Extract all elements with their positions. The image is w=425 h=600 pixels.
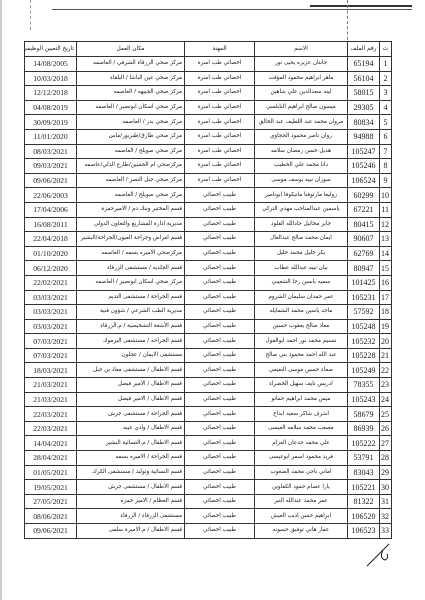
- file-number-cell: 106524: [348, 173, 380, 188]
- table-row: 20105232تسنيم محمد نور احمد ابوالفولطبيب…: [25, 334, 392, 349]
- job-title-cell: اخصائي طب اسرة: [185, 57, 255, 72]
- hire-date-cell: 16/08/2011: [25, 217, 77, 232]
- row-index-cell: 25: [380, 407, 392, 422]
- workplace-cell: مديرية الطب الشرعي / شؤون فنية: [77, 305, 185, 320]
- file-number-cell: 62769: [348, 246, 380, 261]
- file-number-cell: 53791: [348, 451, 380, 466]
- hire-date-cell: 08/06/2021: [25, 509, 77, 524]
- table-row: 33106523عمار هاني توفيق حسونهطبيب اخصائي…: [25, 524, 392, 539]
- employee-name-cell: صفاء حسين موسى النعيمي: [255, 363, 348, 378]
- hire-date-cell: 22/02/2021: [25, 275, 77, 290]
- staff-table-container: ت رقم الملف الاسم المهنة مكان العمل تاري…: [24, 41, 391, 539]
- scan-edge: [0, 0, 2, 600]
- workplace-cell: قسم المختبر وبنك دم / الاميرحمزة: [77, 202, 185, 217]
- employee-name-cell: يارا عصام حمود الكفاوين: [255, 480, 348, 495]
- table-row: 2853791فريد محمود اسمر ابوعيسىطبيب اخصائ…: [25, 451, 392, 466]
- job-title-cell: طبيب اخصائي: [185, 436, 255, 451]
- table-row: 16101425سميه ياسين رجا الشعيبيطبيب اخصائ…: [25, 275, 392, 290]
- row-index-cell: 12: [380, 217, 392, 232]
- table-row: 3181322عمر محمد عبدالله النبرطبيب اخصائي…: [25, 494, 392, 509]
- hire-date-cell: 01/10/2020: [25, 246, 77, 261]
- job-title-cell: طبيب اخصائي: [185, 188, 255, 203]
- file-number-cell: 105231: [348, 290, 380, 305]
- employee-name-cell: روان ناصر محمود الحجاوي: [255, 129, 348, 144]
- job-title-cell: طبيب اخصائي: [185, 451, 255, 466]
- hire-date-cell: 19/05/2021: [25, 480, 77, 495]
- workplace-cell: مستشفى الايمان / عجلون: [77, 348, 185, 363]
- workplace-cell: قسم الأشعة التشخيصية / م.الزرقاء: [77, 319, 185, 334]
- workplace-cell: قسم النسائية وتوليد / مستشفى الكرك: [77, 465, 185, 480]
- row-index-cell: 9: [380, 173, 392, 188]
- workplace-cell: مركز صحي طارق/طبربور/ماس: [77, 129, 185, 144]
- row-index-cell: 23: [380, 378, 392, 393]
- hire-date-cell: 01/05/2021: [25, 465, 77, 480]
- workplace-cell: مركز صحي الجبيهه / العاصمه: [77, 86, 185, 101]
- employee-name-cell: مصعب محمد سلامه العيسى: [255, 421, 348, 436]
- table-row: 8105246دانا محمد علي الخطيباخصائي طب اسر…: [25, 159, 392, 174]
- header-job-title: المهنة: [185, 42, 255, 57]
- table-row: 27105222علي محمد جدعان العزامطبيب اخصائي…: [25, 436, 392, 451]
- hire-date-cell: 22/06/2003: [25, 188, 77, 203]
- hire-date-cell: 07/03/2021: [25, 334, 77, 349]
- file-number-cell: 57592: [348, 305, 380, 320]
- header-name: الاسم: [255, 42, 348, 57]
- row-index-cell: 18: [380, 305, 392, 320]
- table-body: 165194جانتان عزيزه يحيى نوراخصائي طب اسر…: [25, 57, 392, 539]
- workplace-cell: مركز صحي جبل النصر / العاصمه: [77, 173, 185, 188]
- hire-date-cell: 28/04/2021: [25, 451, 77, 466]
- hire-date-cell: 09/06/2021: [25, 524, 77, 539]
- file-number-cell: 56104: [348, 71, 380, 86]
- workplace-cell: قسم الاطفال / وادي عيبه: [77, 421, 185, 436]
- hire-date-cell: 22/03/2021: [25, 421, 77, 436]
- job-title-cell: طبيب اخصائي: [185, 363, 255, 378]
- job-title-cell: طبيب اخصائي: [185, 290, 255, 305]
- workplace-cell: قسم الجراحة / مستشفى جرش: [77, 407, 185, 422]
- hire-date-cell: 14/04/2021: [25, 436, 77, 451]
- table-row: 2378355ادريس نايف سهيل الخضراءطبيب اخصائ…: [25, 378, 392, 393]
- employee-name-cell: تسنيم محمد نور احمد ابوالفول: [255, 334, 348, 349]
- row-index-cell: 28: [380, 451, 392, 466]
- table-row: 19105248معاذ صالح يعقوب حسينطبيب اخصائيق…: [25, 319, 392, 334]
- workplace-cell: مركز صحي اسكان ابونصير / العاصمه: [77, 100, 185, 115]
- row-index-cell: 26: [380, 421, 392, 436]
- workplace-cell: قسم العظام / الامير حمزه: [77, 494, 185, 509]
- table-row: 1857592ماجد ياسين محمد الشمايلهطبيب اخصا…: [25, 305, 392, 320]
- job-title-cell: اخصائي طب اسرة: [185, 71, 255, 86]
- job-title-cell: طبيب اخصائي: [185, 334, 255, 349]
- job-title-cell: اخصائي طب اسرة: [185, 100, 255, 115]
- table-header-row: ت رقم الملف الاسم المهنة مكان العمل تاري…: [25, 42, 392, 57]
- table-row: 2983043اماني ناجي محمد الصعوبطبيب اخصائي…: [25, 465, 392, 480]
- workplace-cell: مركز صحي بدر / العاصمه: [77, 115, 185, 130]
- file-number-cell: 83043: [348, 465, 380, 480]
- job-title-cell: طبيب اخصائي: [185, 305, 255, 320]
- job-title-cell: طبيب اخصائي: [185, 348, 255, 363]
- row-index-cell: 14: [380, 246, 392, 261]
- file-number-cell: 90607: [348, 232, 380, 247]
- row-index-cell: 4: [380, 100, 392, 115]
- hire-date-cell: 09/03/2021: [25, 159, 77, 174]
- table-row: 7105247هديل حسن رمضان سلامهاخصائي طب اسر…: [25, 144, 392, 159]
- workplace-cell: مديرية ادارة المشاريع والتعاون الدولي: [77, 217, 185, 232]
- workplace-cell: مركز صحي عين الباشا / البلقاء: [77, 71, 185, 86]
- workplace-cell: قسم الجراحة / مستشفى التديم: [77, 290, 185, 305]
- row-index-cell: 21: [380, 348, 392, 363]
- row-index-cell: 15: [380, 261, 392, 276]
- row-index-cell: 7: [380, 144, 392, 159]
- file-number-cell: 105249: [348, 363, 380, 378]
- table-row: 1060299زوليغا مارتوفنا ماتيكوفا ابوناصرط…: [25, 188, 392, 203]
- job-title-cell: اخصائي طب اسرة: [185, 129, 255, 144]
- employee-name-cell: عمر حمدان سليمان الشروم: [255, 290, 348, 305]
- job-title-cell: طبيب اخصائي: [185, 261, 255, 276]
- workplace-cell: مركز صحي الزرقاء الشرقي / العاصمه: [77, 57, 185, 72]
- staff-table: ت رقم الملف الاسم المهنة مكان العمل تاري…: [24, 41, 392, 539]
- row-index-cell: 2: [380, 71, 392, 86]
- job-title-cell: طبيب اخصائي: [185, 202, 255, 217]
- employee-name-cell: جابر مخائيل جادالله القلود: [255, 217, 348, 232]
- workplace-cell: قسم الجراحه / مستشفى اليرموك: [77, 334, 185, 349]
- workplace-cell: قسم الاطفال / مستشفى معاذ بن جبل: [77, 363, 185, 378]
- row-index-cell: 19: [380, 319, 392, 334]
- employee-name-cell: ميس محمد ابراهيم حماتو: [255, 392, 348, 407]
- row-index-cell: 6: [380, 129, 392, 144]
- row-index-cell: 32: [380, 509, 392, 524]
- hire-date-cell: 03/03/2021: [25, 290, 77, 305]
- signature-mark: [365, 540, 395, 570]
- job-title-cell: طبيب اخصائي: [185, 232, 255, 247]
- employee-name-cell: ابراهيم حسن اديب العيش: [255, 509, 348, 524]
- employee-name-cell: ادريس نايف سهيل الخضراء: [255, 378, 348, 393]
- employee-name-cell: هديل حسن رمضان سلامه: [255, 144, 348, 159]
- row-index-cell: 24: [380, 392, 392, 407]
- file-number-cell: 80415: [348, 217, 380, 232]
- file-number-cell: 60299: [348, 188, 380, 203]
- file-number-cell: 67221: [348, 202, 380, 217]
- job-title-cell: اخصائي طب اسرة: [185, 86, 255, 101]
- hire-date-cell: 17/04/2006: [25, 202, 77, 217]
- hire-date-cell: 09/06/2021: [25, 173, 77, 188]
- employee-name-cell: سميه ياسين رجا الشعيبي: [255, 275, 348, 290]
- header-workplace: مكان العمل: [77, 42, 185, 57]
- hire-date-cell: 27/05/2021: [25, 494, 77, 509]
- table-row: 694988روان ناصر محمود الحجاوياخصائي طب ا…: [25, 129, 392, 144]
- table-row: 32106520ابراهيم حسن اديب العيشطبيب اخصائ…: [25, 509, 392, 524]
- employee-name-cell: ميسون صالح ابراهيم النابلسي: [255, 100, 348, 115]
- workplace-cell: مستشفى الزرقاء / الزرقاء: [77, 509, 185, 524]
- file-number-cell: 106520: [348, 509, 380, 524]
- scan-fold-line-left: [30, 0, 32, 30]
- job-title-cell: اخصائي طب اسرة: [185, 115, 255, 130]
- table-row: 1167221ياسمين عبدالمناحب مهدي التركيطبيب…: [25, 202, 392, 217]
- hire-date-cell: 14/08/2005: [25, 57, 77, 72]
- workplace-cell: قسم امراض وجراحة العيون/الجراحة/البشير: [77, 232, 185, 247]
- table-row: 22105249صفاء حسين موسى النعيميطبيب اخصائ…: [25, 363, 392, 378]
- hire-date-cell: 08/03/2021: [25, 144, 77, 159]
- workplace-cell: قسم الجلديه / مستشفى الزرقاء: [77, 261, 185, 276]
- job-title-cell: اخصائي طب اسرة: [185, 144, 255, 159]
- employee-name-cell: عبد الله احمد محمود بني صالح: [255, 348, 348, 363]
- hire-date-cell: 03/03/2021: [25, 305, 77, 320]
- hire-date-cell: 22/03/2021: [25, 407, 77, 422]
- file-number-cell: 105221: [348, 480, 380, 495]
- file-number-cell: 105228: [348, 348, 380, 363]
- workplace-cell: قسم الاطفال / الامير فيصل: [77, 392, 185, 407]
- employee-name-cell: زوليغا مارتوفنا ماتيكوفا ابوناصر: [255, 188, 348, 203]
- employee-name-cell: اماني ناجي محمد الصعوب: [255, 465, 348, 480]
- row-index-cell: 17: [380, 290, 392, 305]
- hire-date-cell: 21/03/2021: [25, 378, 77, 393]
- employee-name-cell: فريد محمود اسمر ابوعيسى: [255, 451, 348, 466]
- file-number-cell: 106523: [348, 524, 380, 539]
- employee-name-cell: لينه سعدالدين علي شاهين: [255, 86, 348, 101]
- table-row: 1390607ايمان محمد صالح عبدالعالطبيب اخصا…: [25, 232, 392, 247]
- file-number-cell: 94988: [348, 129, 380, 144]
- scan-fold-line: [347, 0, 349, 45]
- table-row: 30105221يارا عصام حمود الكفاوينطبيب اخصا…: [25, 480, 392, 495]
- workplace-cell: قسم الاطفال / م.الاميرة سلمى: [77, 524, 185, 539]
- workplace-cell: قسم الاطفال / م.التسائية البشير: [77, 436, 185, 451]
- table-row: 2686939مصعب محمد سلامه العيسىطبيب اخصائي…: [25, 421, 392, 436]
- table-row: 1580947بيان نبيه عبدالله عطابطبيب اخصائي…: [25, 261, 392, 276]
- job-title-cell: اخصائي طب اسرة: [185, 173, 255, 188]
- workplace-cell: قسم الاطفال / الامير فيصل: [77, 378, 185, 393]
- row-index-cell: 1: [380, 57, 392, 72]
- job-title-cell: طبيب اخصائي: [185, 246, 255, 261]
- employee-name-cell: مروان محمد عبد اللطيف عبد الخالق: [255, 115, 348, 130]
- job-title-cell: طبيب اخصائي: [185, 509, 255, 524]
- file-number-cell: 29305: [348, 100, 380, 115]
- employee-name-cell: عمار هاني توفيق حسونه: [255, 524, 348, 539]
- employee-name-cell: دانا محمد علي الخطيب: [255, 159, 348, 174]
- employee-name-cell: معاذ صالح يعقوب حسين: [255, 319, 348, 334]
- row-index-cell: 5: [380, 115, 392, 130]
- row-index-cell: 27: [380, 436, 392, 451]
- job-title-cell: طبيب اخصائي: [185, 378, 255, 393]
- hire-date-cell: 18/03/2021: [25, 363, 77, 378]
- hire-date-cell: 10/03/2018: [25, 71, 77, 86]
- file-number-cell: 105222: [348, 436, 380, 451]
- row-index-cell: 3: [380, 86, 392, 101]
- hire-date-cell: 22/04/2018: [25, 232, 77, 247]
- job-title-cell: اخصائي طب اسرة: [185, 159, 255, 174]
- row-index-cell: 20: [380, 334, 392, 349]
- employee-name-cell: ماجد ياسين محمد الشمايله: [255, 305, 348, 320]
- hire-date-cell: 21/03/2021: [25, 392, 77, 407]
- file-number-cell: 80947: [348, 261, 380, 276]
- employee-name-cell: اشرف شاكر سعيد ابداح: [255, 407, 348, 422]
- hire-date-cell: 06/12/2020: [25, 261, 77, 276]
- row-index-cell: 29: [380, 465, 392, 480]
- job-title-cell: طبيب اخصائي: [185, 392, 255, 407]
- file-number-cell: 86939: [348, 421, 380, 436]
- table-row: 17105231عمر حمدان سليمان الشرومطبيب اخصا…: [25, 290, 392, 305]
- job-title-cell: طبيب اخصائي: [185, 407, 255, 422]
- employee-name-cell: علي محمد جدعان العزام: [255, 436, 348, 451]
- job-title-cell: طبيب اخصائي: [185, 465, 255, 480]
- file-number-cell: 105247: [348, 144, 380, 159]
- table-row: 580834مروان محمد عبد اللطيف عبد الخالقاخ…: [25, 115, 392, 130]
- table-row: 165194جانتان عزيزه يحيى نوراخصائي طب اسر…: [25, 57, 392, 72]
- header-file-no: رقم الملف: [348, 42, 380, 57]
- table-row: 429305ميسون صالح ابراهيم النابلسياخصائي …: [25, 100, 392, 115]
- workplace-cell: مركزصحي الاميره بسمه / العاصمه: [77, 246, 185, 261]
- row-index-cell: 30: [380, 480, 392, 495]
- file-number-cell: 58679: [348, 407, 380, 422]
- employee-name-cell: ايمان محمد صالح عبدالعال: [255, 232, 348, 247]
- header-hire-date: تاريخ التعيين الوظيفي: [25, 42, 77, 57]
- table-row: 21105228عبد الله احمد محمود بني صالحطبيب…: [25, 348, 392, 363]
- scan-top-rule: [52, 9, 412, 10]
- table-row: 2558679اشرف شاكر سعيد ابداحطبيب اخصائيقس…: [25, 407, 392, 422]
- employee-name-cell: سوزان نبيه يوسف موسى: [255, 173, 348, 188]
- scan-top-rule-heavy: [310, 5, 412, 7]
- file-number-cell: 105246: [348, 159, 380, 174]
- employee-name-cell: بيان نبيه عبدالله عطاب: [255, 261, 348, 276]
- workplace-cell: مركز صحي صويلح / العاصمه: [77, 188, 185, 203]
- table-row: 256104ماهر ابراهيم محمود المؤقتاخصائي طب…: [25, 71, 392, 86]
- table-row: 1280415جابر مخائيل جادالله القلودطبيب اخ…: [25, 217, 392, 232]
- workplace-cell: قسم الاطفال / مستشفى جرش: [77, 480, 185, 495]
- file-number-cell: 105248: [348, 319, 380, 334]
- employee-name-cell: عمر محمد عبدالله النبر: [255, 494, 348, 509]
- job-title-cell: طبيب اخصائي: [185, 421, 255, 436]
- row-index-cell: 13: [380, 232, 392, 247]
- file-number-cell: 58015: [348, 86, 380, 101]
- workplace-cell: قسم الجراحة / الاميره بسمه: [77, 451, 185, 466]
- employee-name-cell: ياسمين عبدالمناحب مهدي التركي: [255, 202, 348, 217]
- table-row: 1462769بكر خليل محمد خليلطبيب اخصائيمركز…: [25, 246, 392, 261]
- workplace-cell: مركز صحي صويلح / العاصمه: [77, 144, 185, 159]
- file-number-cell: 65194: [348, 57, 380, 72]
- employee-name-cell: بكر خليل محمد خليل: [255, 246, 348, 261]
- employee-name-cell: جانتان عزيزه يحيى نور: [255, 57, 348, 72]
- table-row: 24105243ميس محمد ابراهيم حماتوطبيب اخصائ…: [25, 392, 392, 407]
- row-index-cell: 8: [380, 159, 392, 174]
- job-title-cell: طبيب اخصائي: [185, 217, 255, 232]
- hire-date-cell: 04/08/2019: [25, 100, 77, 115]
- row-index-cell: 16: [380, 275, 392, 290]
- workplace-cell: مركزصحي ام الحسين/طارع الدلي/عاصمه: [77, 159, 185, 174]
- file-number-cell: 101425: [348, 275, 380, 290]
- table-row: 9106524سوزان نبيه يوسف موسىاخصائي طب اسر…: [25, 173, 392, 188]
- employee-name-cell: ماهر ابراهيم محمود المؤقت: [255, 71, 348, 86]
- row-index-cell: 31: [380, 494, 392, 509]
- job-title-cell: طبيب اخصائي: [185, 524, 255, 539]
- hire-date-cell: 07/03/2021: [25, 348, 77, 363]
- job-title-cell: طبيب اخصائي: [185, 275, 255, 290]
- file-number-cell: 105243: [348, 392, 380, 407]
- hire-date-cell: 30/09/2019: [25, 115, 77, 130]
- header-index: ت: [380, 42, 392, 57]
- workplace-cell: مركز صحي اسكان ابونصير / العاصمه: [77, 275, 185, 290]
- file-number-cell: 81322: [348, 494, 380, 509]
- job-title-cell: طبيب اخصائي: [185, 319, 255, 334]
- file-number-cell: 80834: [348, 115, 380, 130]
- job-title-cell: طبيب اخصائي: [185, 480, 255, 495]
- file-number-cell: 105232: [348, 334, 380, 349]
- hire-date-cell: 12/12/2018: [25, 86, 77, 101]
- table-row: 358015لينه سعدالدين علي شاهيناخصائي طب ا…: [25, 86, 392, 101]
- file-number-cell: 78355: [348, 378, 380, 393]
- row-index-cell: 33: [380, 524, 392, 539]
- hire-date-cell: 03/03/2021: [25, 319, 77, 334]
- row-index-cell: 11: [380, 202, 392, 217]
- hire-date-cell: 11/01/2020: [25, 129, 77, 144]
- row-index-cell: 22: [380, 363, 392, 378]
- job-title-cell: طبيب اخصائي: [185, 494, 255, 509]
- row-index-cell: 10: [380, 188, 392, 203]
